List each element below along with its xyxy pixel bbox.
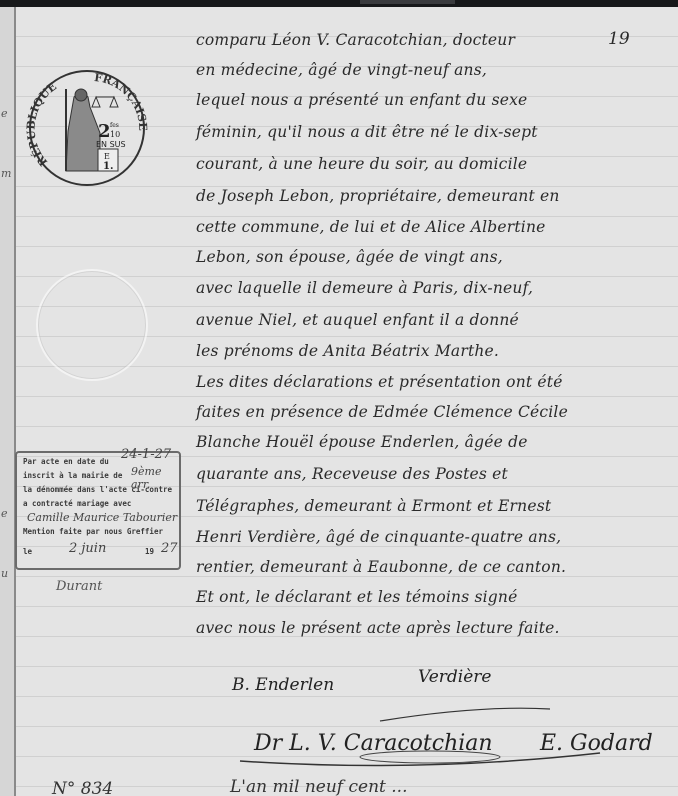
stamp-hand-date: 24-1-27 (121, 447, 171, 462)
stamp-line: Par acte en date du (23, 457, 109, 466)
body-line: Blanche Houël épouse Enderlen, âgée de (196, 433, 528, 451)
stamp-hand-spouse: Camille Maurice Tabourier (27, 511, 177, 524)
edge-mark: u (1, 567, 8, 580)
body-line: Et ont, le déclarant et les témoins sign… (196, 588, 517, 606)
body-line: Henri Verdière, âgé de cinquante-quatre … (196, 528, 561, 546)
clerk-signature: Durant (56, 579, 102, 594)
svg-text:fes: fes (110, 122, 119, 129)
fiscal-stamp: RÉPUBLIQUE FRANÇAISE 2 fes 10 EN SUS E 1… (26, 67, 148, 189)
registry-page: e m e u RÉPUBLIQUE FRANÇAISE 2 fes (0, 7, 678, 796)
body-line: comparu Léon V. Caracotchian, docteur (196, 31, 515, 49)
body-line: avenue Niel, et auquel enfant il a donné (196, 311, 519, 329)
top-bar-tab (360, 0, 455, 4)
stamp-line: a contracté mariage avec (23, 499, 131, 508)
edge-mark: e (1, 507, 8, 520)
stamp-hand-day: 2 juin (69, 541, 106, 556)
body-line: Lebon, son épouse, âgée de vingt ans, (196, 248, 503, 266)
svg-text:1.: 1. (103, 161, 113, 172)
next-entry-line: L'an mil neuf cent ... (230, 777, 407, 796)
body-line: cette commune, de lui et de Alice Albert… (196, 218, 546, 236)
body-line: les prénoms de Anita Béatrix Marthe. (196, 342, 499, 360)
body-line: de Joseph Lebon, propriétaire, demeurant… (196, 187, 560, 205)
edge-mark: m (1, 167, 11, 180)
body-line: Les dites déclarations et présentation o… (196, 373, 563, 391)
stamp-line: Mention faite par nous Greffier (23, 527, 163, 536)
body-line: quarante ans, Receveuse des Postes et (196, 465, 508, 483)
previous-page-edge: e m e u (0, 7, 16, 796)
marginal-mention-stamp: Par acte en date du inscrit à la mairie … (15, 451, 181, 570)
embossed-seal (36, 269, 148, 381)
page-number: 19 (608, 29, 630, 49)
signature-verdiere: Verdière (418, 667, 491, 687)
svg-text:10: 10 (110, 130, 120, 139)
svg-text:EN SUS: EN SUS (96, 140, 126, 149)
signature-enderlen: B. Enderlen (232, 675, 334, 695)
edge-mark: e (1, 107, 8, 120)
body-line: féminin, qu'il nous a dit être né le dix… (196, 123, 538, 141)
body-line: faites en présence de Edmée Clémence Céc… (196, 403, 568, 421)
svg-text:E: E (104, 152, 110, 161)
body-line: avec nous le présent acte après lecture … (196, 619, 560, 637)
stamp-line: 19 (145, 547, 154, 556)
stamp-line: inscrit à la mairie de (23, 471, 122, 480)
window-top-bar (0, 0, 678, 7)
body-line: avec laquelle il demeure à Paris, dix-ne… (196, 279, 533, 297)
svg-text:2: 2 (98, 121, 111, 142)
marianne-seal-icon: RÉPUBLIQUE FRANÇAISE 2 fes 10 EN SUS E 1… (26, 67, 148, 189)
body-line: lequel nous a présenté un enfant du sexe (196, 91, 527, 109)
stamp-hand-year: 27 (161, 541, 178, 556)
body-line: rentier, demeurant à Eaubonne, de ce can… (196, 558, 566, 576)
body-line: en médecine, âgé de vingt-neuf ans, (196, 61, 487, 79)
body-line: courant, à une heure du soir, au domicil… (196, 155, 527, 173)
body-line: Télégraphes, demeurant à Ermont et Ernes… (196, 497, 551, 515)
stamp-line: le (23, 547, 32, 556)
signature-flourish-icon (220, 697, 640, 777)
margin-entry-number: N° 834 (52, 779, 113, 796)
svg-text:RÉPUBLIQUE: RÉPUBLIQUE (26, 80, 59, 169)
stamp-hand-mairie: 9ème arr. (131, 465, 179, 491)
